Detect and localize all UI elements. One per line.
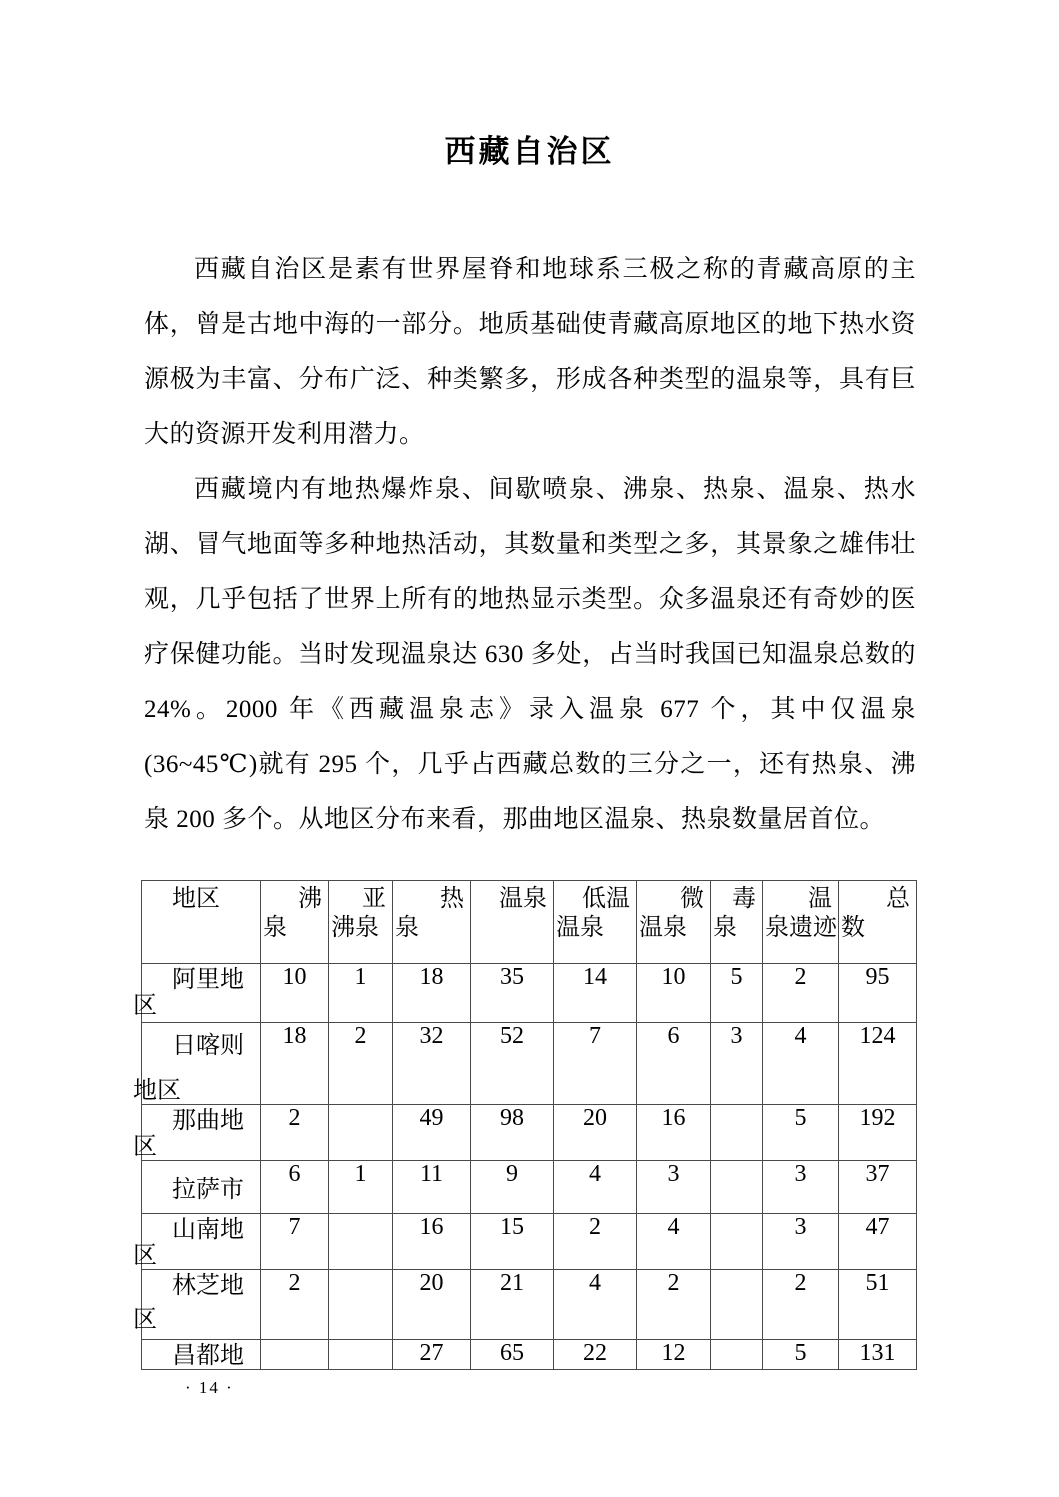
header-line-1: 温: [763, 881, 838, 914]
value-cell: 7: [554, 1023, 637, 1105]
value-cell: 21: [471, 1270, 554, 1340]
region-line-1: 日喀则: [142, 1023, 260, 1059]
value-cell: 3: [763, 1161, 839, 1214]
value-cell: 5: [763, 1340, 839, 1370]
page-title: 西藏自治区: [0, 133, 1059, 171]
header-line-2: 数: [839, 914, 916, 943]
table-header-cell: 亚沸泉: [329, 881, 393, 964]
region-line-1: 阿里地: [142, 964, 260, 993]
header-line-1: 总: [839, 881, 916, 914]
table-header-row: 地区沸泉亚沸泉热泉温泉低温温泉微温泉毒泉温泉遗迹总数: [142, 881, 917, 964]
table-header-cell: 地区: [142, 881, 261, 964]
value-cell: 192: [839, 1105, 917, 1161]
region-line-1: 拉萨市: [142, 1161, 260, 1203]
header-line-1: 微: [637, 881, 710, 914]
value-cell: 98: [471, 1105, 554, 1161]
header-line-2: 温泉: [637, 914, 710, 943]
table-header-cell: 微温泉: [637, 881, 711, 964]
value-cell: [329, 1340, 393, 1370]
value-cell: 22: [554, 1340, 637, 1370]
value-cell: 4: [554, 1270, 637, 1340]
region-cell: 山南地区: [142, 1214, 261, 1270]
header-line-1: 沸: [261, 881, 328, 914]
value-cell: 12: [637, 1340, 711, 1370]
table-header-cell: 沸泉: [261, 881, 329, 964]
table-row: 阿里地区101183514105295: [142, 964, 917, 1023]
value-cell: 6: [261, 1161, 329, 1214]
value-cell: 5: [763, 1105, 839, 1161]
value-cell: 20: [393, 1270, 471, 1340]
value-cell: 3: [711, 1023, 763, 1105]
value-cell: [329, 1214, 393, 1270]
header-line-1: 低温: [554, 881, 636, 914]
paragraph-1: 西藏自治区是素有世界屋脊和地球系三极之称的青藏高原的主体，曾是古地中海的一部分。…: [144, 242, 916, 462]
value-cell: 2: [763, 1270, 839, 1340]
value-cell: 95: [839, 964, 917, 1023]
table-row: 山南地区7161524347: [142, 1214, 917, 1270]
region-line-1: 昌都地: [142, 1340, 260, 1369]
value-cell: 4: [637, 1214, 711, 1270]
header-line-1: 亚: [329, 881, 392, 914]
value-cell: [711, 1161, 763, 1214]
hot-springs-table: 地区沸泉亚沸泉热泉温泉低温温泉微温泉毒泉温泉遗迹总数阿里地区1011835141…: [141, 880, 917, 1370]
value-cell: 2: [554, 1214, 637, 1270]
value-cell: 2: [329, 1023, 393, 1105]
region-cell: 林芝地区: [142, 1270, 261, 1340]
value-cell: 20: [554, 1105, 637, 1161]
value-cell: 5: [711, 964, 763, 1023]
value-cell: [711, 1214, 763, 1270]
table-header-cell: 总数: [839, 881, 917, 964]
header-line-1: 热: [393, 881, 470, 914]
region-line-2: 区: [133, 1134, 260, 1160]
value-cell: 51: [839, 1270, 917, 1340]
header-line-2: 泉: [261, 914, 328, 943]
table-header-cell: 温泉: [471, 881, 554, 964]
value-cell: 18: [261, 1023, 329, 1105]
region-cell: 阿里地区: [142, 964, 261, 1023]
table-row: 日喀则地区18232527634124: [142, 1023, 917, 1105]
value-cell: 11: [393, 1161, 471, 1214]
value-cell: 2: [261, 1270, 329, 1340]
value-cell: 27: [393, 1340, 471, 1370]
value-cell: 131: [839, 1340, 917, 1370]
paragraph-2: 西藏境内有地热爆炸泉、间歇喷泉、沸泉、热泉、温泉、热水湖、冒气地面等多种地热活动…: [144, 462, 916, 847]
value-cell: 2: [261, 1105, 329, 1161]
value-cell: 4: [554, 1161, 637, 1214]
value-cell: 14: [554, 964, 637, 1023]
value-cell: 10: [261, 964, 329, 1023]
value-cell: 3: [763, 1214, 839, 1270]
value-cell: 37: [839, 1161, 917, 1214]
value-cell: 16: [637, 1105, 711, 1161]
value-cell: [711, 1105, 763, 1161]
header-line-2: 温泉: [554, 914, 636, 943]
table-header-cell: 热泉: [393, 881, 471, 964]
value-cell: 124: [839, 1023, 917, 1105]
document-page: 西藏自治区 西藏自治区是素有世界屋脊和地球系三极之称的青藏高原的主体，曾是古地中…: [0, 0, 1059, 1497]
value-cell: 4: [763, 1023, 839, 1105]
header-line-1: 温泉: [471, 881, 553, 914]
value-cell: 2: [763, 964, 839, 1023]
value-cell: 32: [393, 1023, 471, 1105]
value-cell: 65: [471, 1340, 554, 1370]
region-cell: 拉萨市: [142, 1161, 261, 1214]
value-cell: [329, 1105, 393, 1161]
header-line-1: 地区: [142, 881, 260, 914]
region-line-2: 地区: [133, 1078, 260, 1104]
value-cell: [261, 1340, 329, 1370]
value-cell: 10: [637, 964, 711, 1023]
header-line-2: 泉遗迹: [763, 914, 838, 943]
header-line-2: 沸泉: [329, 914, 392, 943]
table-row: 拉萨市6111943337: [142, 1161, 917, 1214]
value-cell: 18: [393, 964, 471, 1023]
region-line-1: 那曲地: [142, 1105, 260, 1134]
table-header-cell: 毒泉: [711, 881, 763, 964]
page-number: · 14 ·: [185, 1378, 234, 1398]
region-line-2: 区: [133, 993, 260, 1019]
value-cell: [711, 1340, 763, 1370]
table-row: 昌都地276522125131: [142, 1340, 917, 1370]
region-line-2: 区: [133, 1307, 260, 1333]
region-line-1: 林芝地: [142, 1270, 260, 1299]
value-cell: 7: [261, 1214, 329, 1270]
value-cell: 2: [637, 1270, 711, 1340]
region-cell: 日喀则地区: [142, 1023, 261, 1105]
header-line-2: 泉: [393, 914, 470, 943]
value-cell: 1: [329, 1161, 393, 1214]
value-cell: 1: [329, 964, 393, 1023]
value-cell: 9: [471, 1161, 554, 1214]
region-cell: 昌都地: [142, 1340, 261, 1370]
table-body: 地区沸泉亚沸泉热泉温泉低温温泉微温泉毒泉温泉遗迹总数阿里地区1011835141…: [142, 881, 917, 1370]
value-cell: 47: [839, 1214, 917, 1270]
table-header-cell: 低温温泉: [554, 881, 637, 964]
value-cell: 6: [637, 1023, 711, 1105]
value-cell: 52: [471, 1023, 554, 1105]
table-row: 那曲地区2499820165192: [142, 1105, 917, 1161]
value-cell: 3: [637, 1161, 711, 1214]
value-cell: 16: [393, 1214, 471, 1270]
header-line-2: 泉: [711, 914, 762, 943]
value-cell: 15: [471, 1214, 554, 1270]
value-cell: [711, 1270, 763, 1340]
body-text: 西藏自治区是素有世界屋脊和地球系三极之称的青藏高原的主体，曾是古地中海的一部分。…: [144, 242, 916, 847]
value-cell: 49: [393, 1105, 471, 1161]
region-cell: 那曲地区: [142, 1105, 261, 1161]
header-line-1: 毒: [711, 881, 762, 914]
table-row: 林芝地区2202142251: [142, 1270, 917, 1340]
region-line-1: 山南地: [142, 1214, 260, 1243]
value-cell: [329, 1270, 393, 1340]
value-cell: 35: [471, 964, 554, 1023]
table-header-cell: 温泉遗迹: [763, 881, 839, 964]
region-line-2: 区: [133, 1243, 260, 1269]
